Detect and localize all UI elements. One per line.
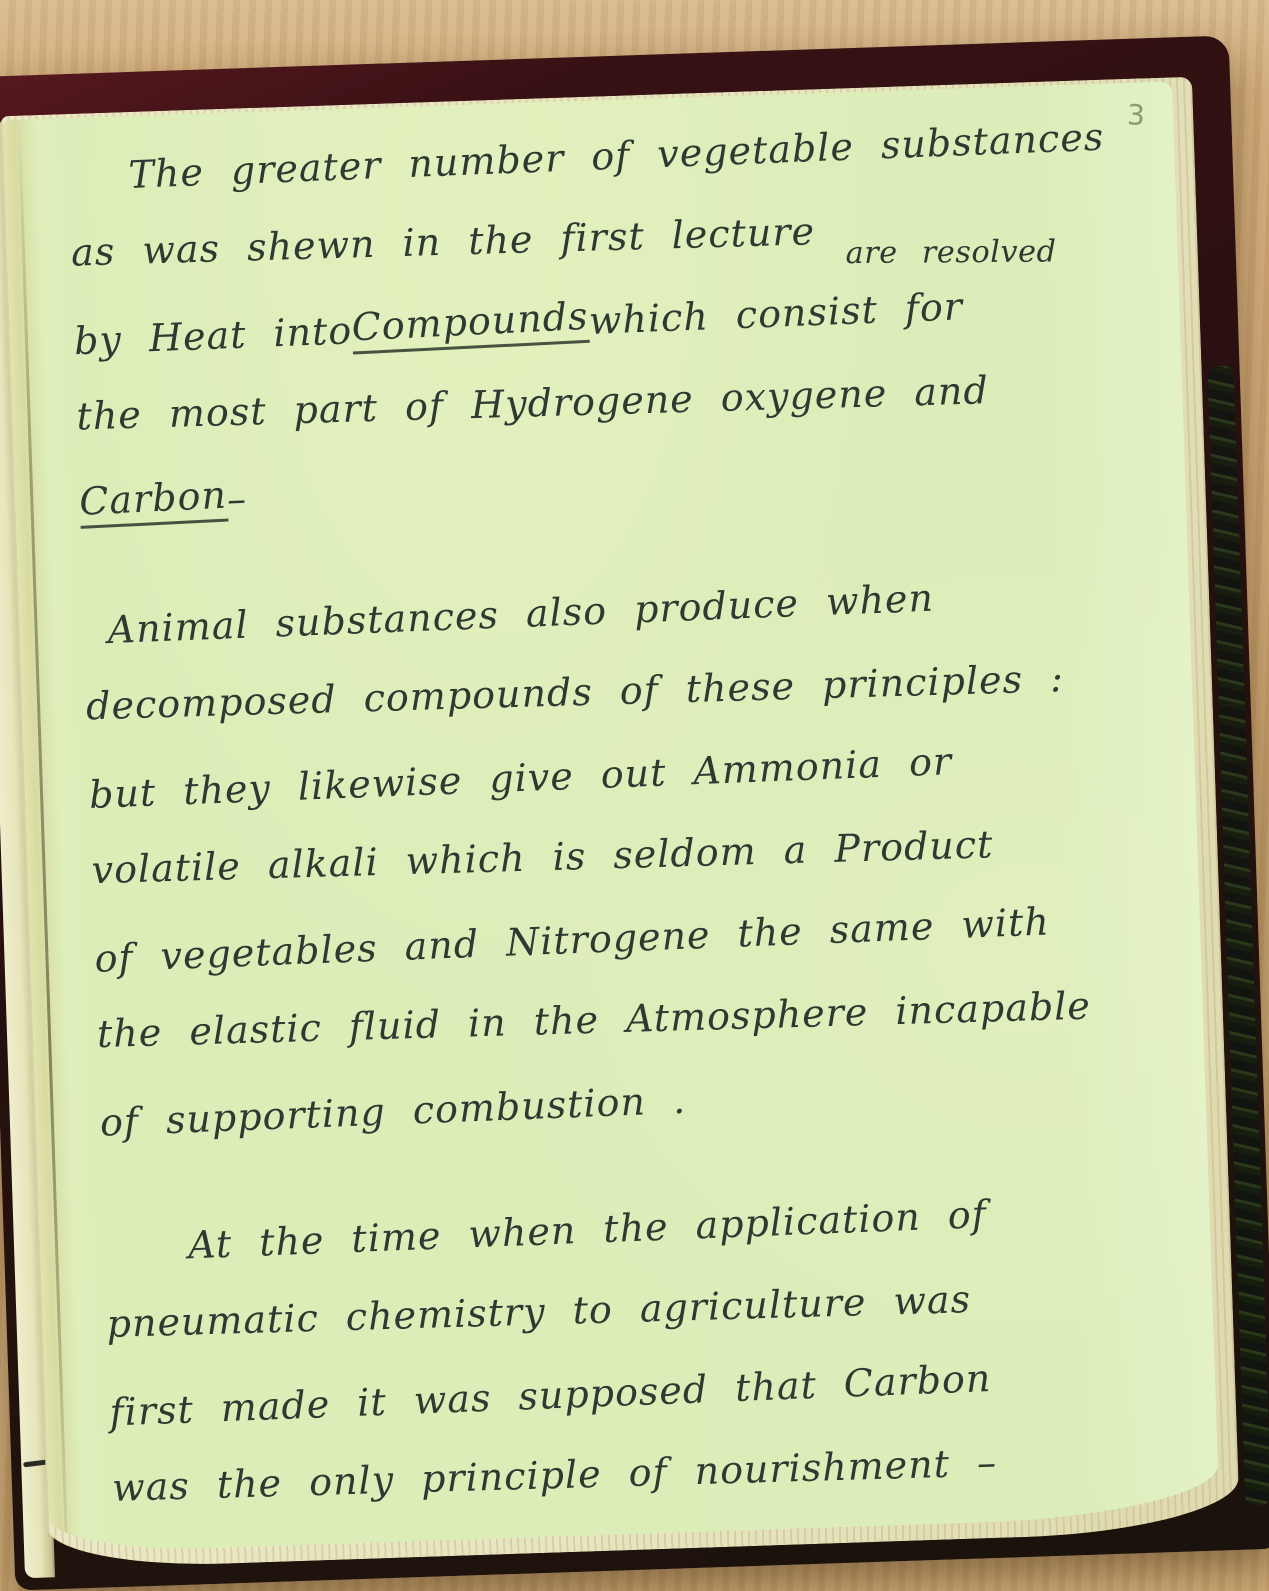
handwritten-text: but they likewise give out Ammonia or [88,742,952,814]
handwritten-text: by Heat into [73,311,353,360]
handwritten-text: The greater number of vegetable substanc… [128,118,1105,194]
handwritten-text: volatile alkali which is seldom a Produc… [91,825,994,889]
handwritten-text: Carbon [78,476,228,529]
handwritten-text: pneumatic chemistry to agriculture was [106,1280,971,1343]
handwritten-text: as was shewn in the first lecture [71,212,816,271]
handwritten-text: decomposed compounds of these principles… [86,659,1065,725]
handwritten-text: the elastic fluid in the Atmosphere inca… [97,987,1092,1054]
notebook-page: 3 The greater number of vegetable substa… [3,81,1220,1553]
handwritten-text: Animal substances also produce when [107,579,935,649]
handwritten-text: first made it was supposed that Carbon [109,1359,992,1432]
paragraph-1: The greater number of vegetable substanc… [67,96,1170,542]
desk-surface: 3 The greater number of vegetable substa… [0,0,1269,1591]
handwritten-text: – [226,480,247,519]
manuscript: The greater number of vegetable substanc… [67,96,1203,1525]
notebook: 3 The greater number of vegetable substa… [0,35,1269,1590]
handwritten-text: which consist for [588,287,963,340]
handwritten-text: Compounds [351,297,590,355]
handwritten-text: was the only principle of nourishment – [112,1443,998,1506]
handwritten-text: At the time when the application of [187,1195,987,1264]
paragraph-2: Animal substances also produce whendecom… [82,550,1190,1160]
handwritten-text: the most part of Hydrogene oxygene and [76,371,989,435]
paragraph-3: At the time when the application ofpneum… [103,1167,1203,1531]
handwritten-text: of supporting combustion . [99,1081,686,1142]
handwritten-text: of vegetables and Nitrogene the same wit… [94,902,1051,977]
